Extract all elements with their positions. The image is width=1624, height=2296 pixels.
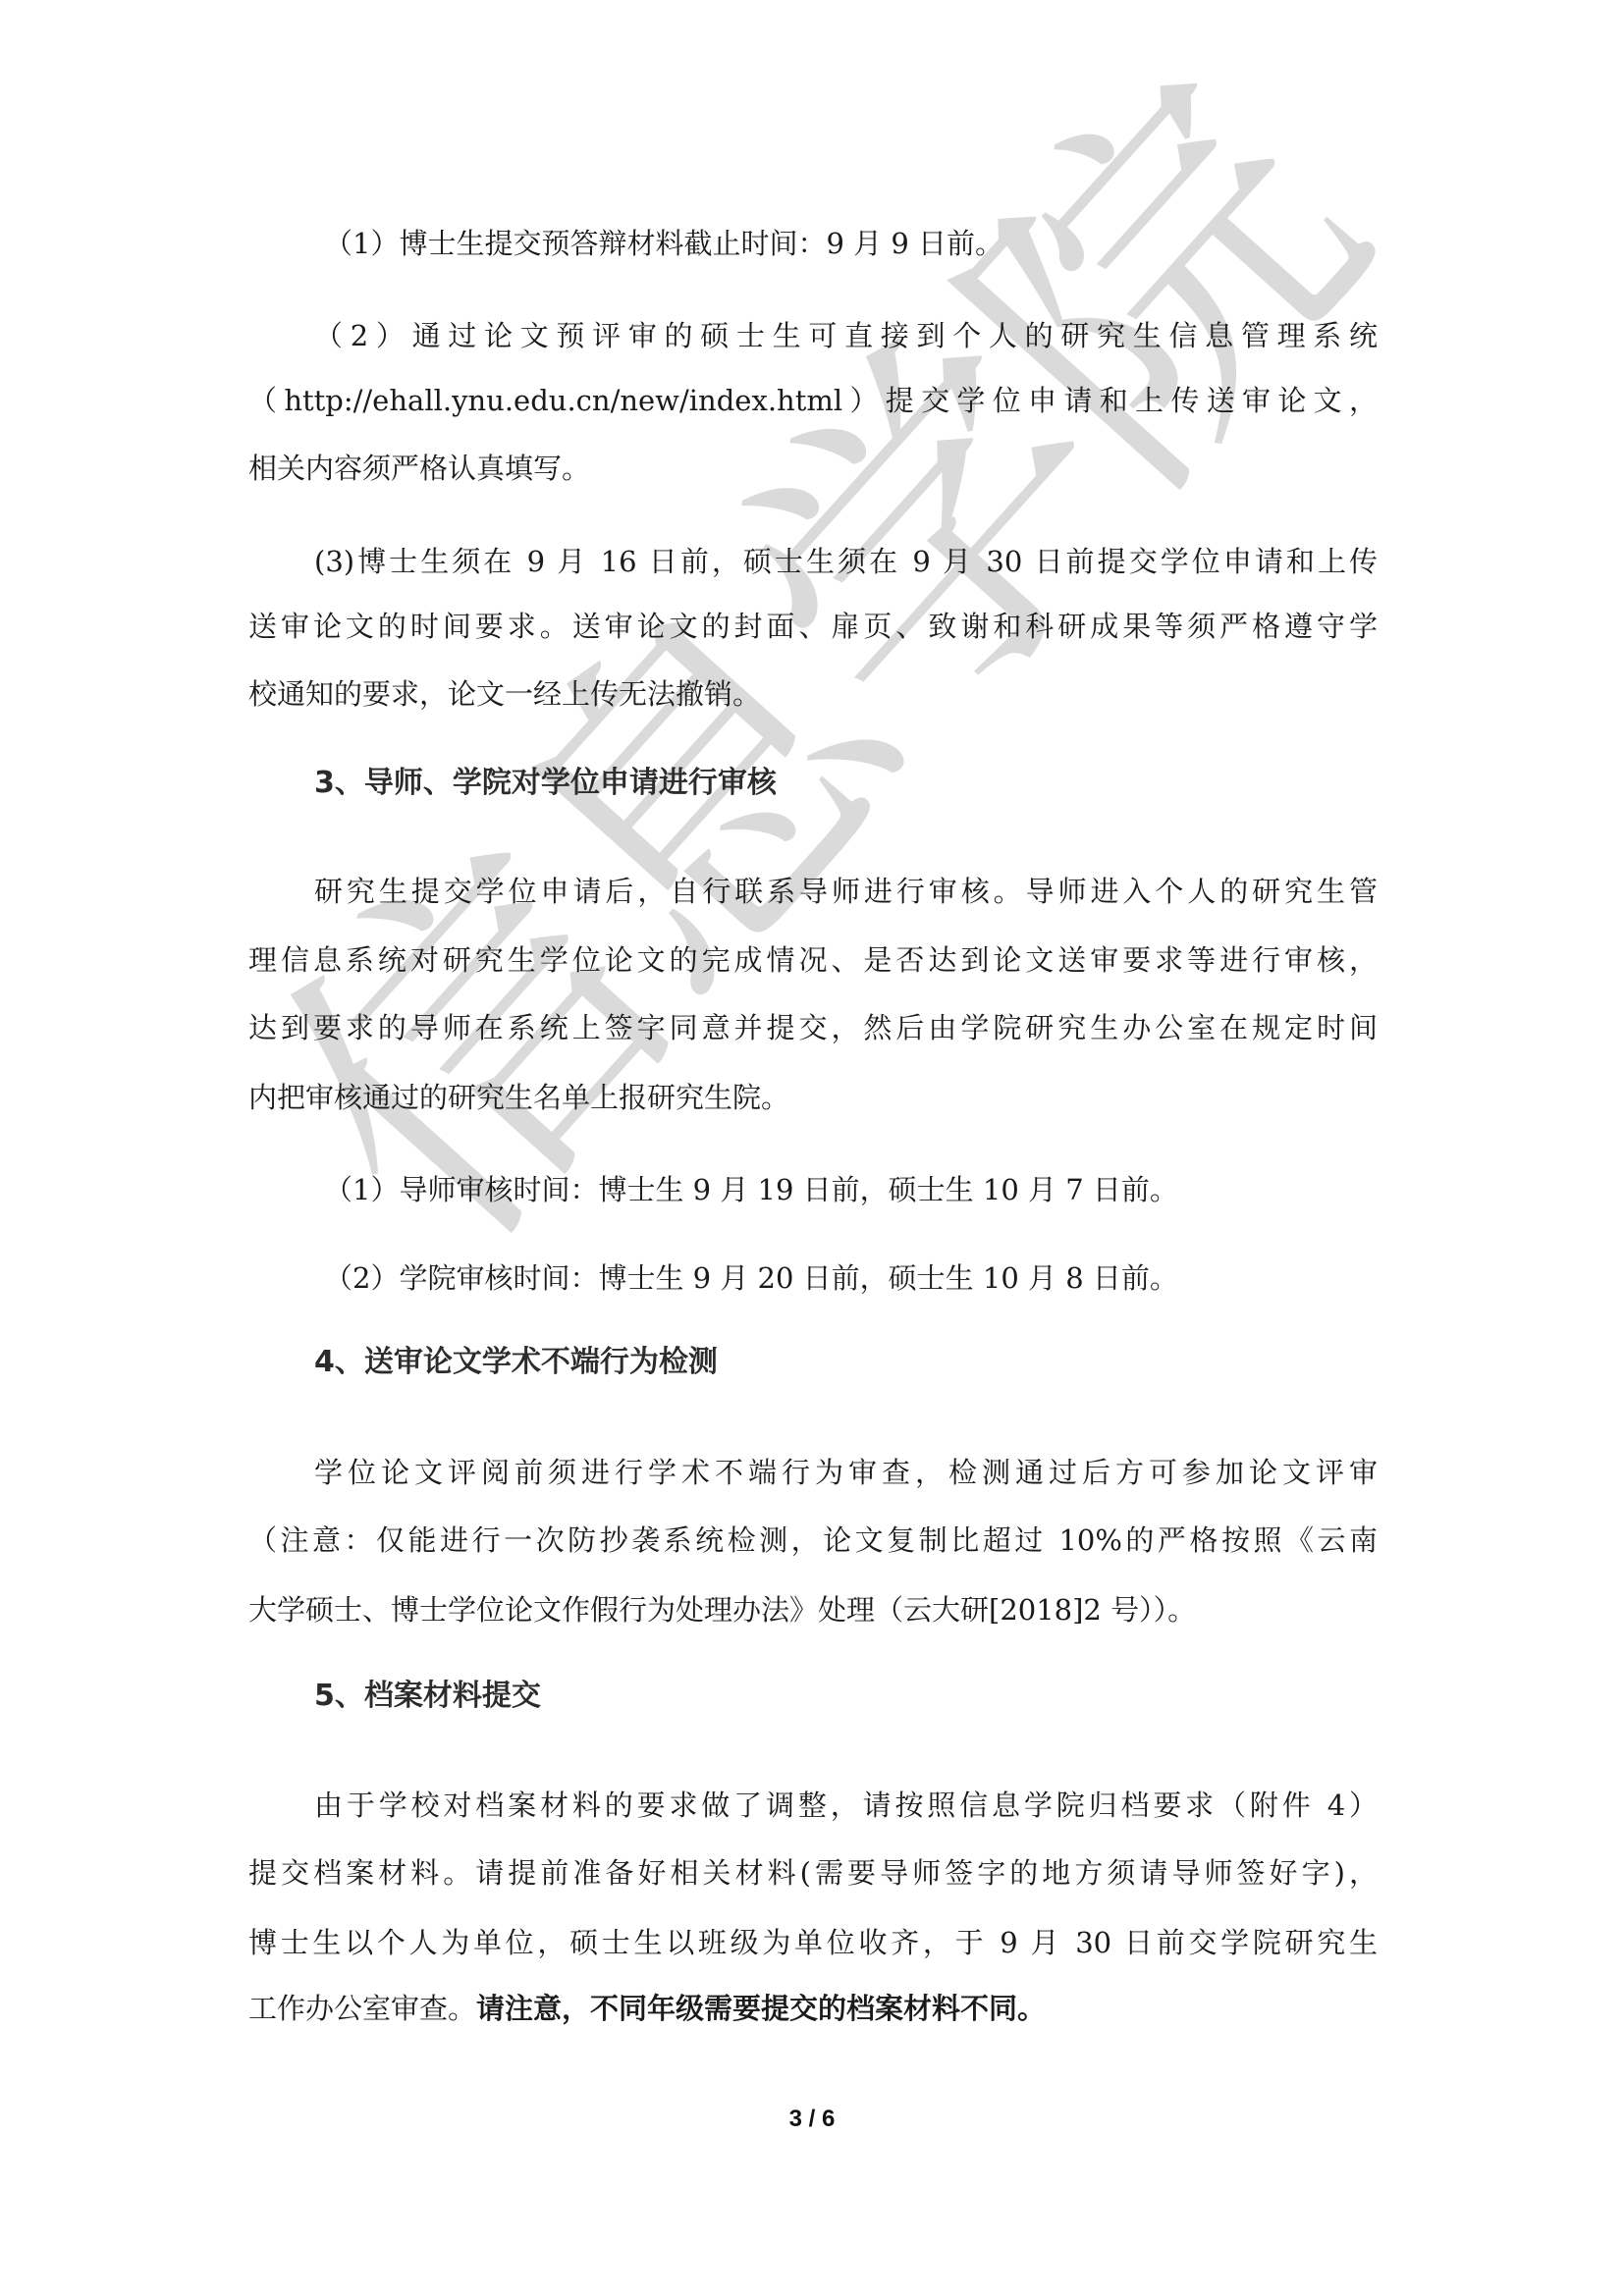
paragraph-line: 大学硕士、博士学位论文作假行为处理办法》处理（云大研[2018]2 号））。 bbox=[248, 1590, 1378, 1629]
paragraph-line: （2）通过论文预评审的硕士生可直接到个人的研究生信息管理系统 bbox=[314, 316, 1378, 355]
section-heading-4: 4、送审论文学术不端行为检测 bbox=[314, 1343, 718, 1382]
paragraph-line: (3)博士生须在 9 月 16 日前，硕士生须在 9 月 30 日前提交学位申请… bbox=[314, 542, 1378, 581]
paragraph-line: 理信息系统对研究生学位论文的完成情况、是否达到论文送审要求等进行审核， bbox=[248, 940, 1378, 980]
paragraph-line: 博士生以个人为单位，硕士生以班级为单位收齐，于 9 月 30 日前交学院研究生 bbox=[248, 1923, 1378, 1962]
paragraph-line: 达到要求的导师在系统上签字同意并提交，然后由学院研究生办公室在规定时间 bbox=[248, 1008, 1378, 1047]
section-heading-3: 3、导师、学院对学位申请进行审核 bbox=[314, 764, 777, 803]
paragraph-line: （注意：仅能进行一次防抄袭系统检测，论文复制比超过 10%的严格按照《云南 bbox=[248, 1521, 1378, 1560]
paragraph-text: 工作办公室审查。 bbox=[248, 1992, 476, 2025]
paragraph-line-url: （http://ehall.ynu.edu.cn/new/index.html）… bbox=[248, 381, 1378, 420]
paragraph-line: 学位论文评阅前须进行学术不端行为审查，检测通过后方可参加论文评审 bbox=[314, 1453, 1378, 1492]
paragraph-line: 内把审核通过的研究生名单上报研究生院。 bbox=[248, 1078, 1378, 1117]
paragraph-line: 由于学校对档案材料的要求做了调整，请按照信息学院归档要求（附件 4） bbox=[314, 1786, 1378, 1825]
item-phd-predefense-deadline: （1）博士生提交预答辩材料截止时间：9 月 9 日前。 bbox=[324, 224, 1003, 263]
section-heading-5: 5、档案材料提交 bbox=[314, 1677, 541, 1716]
paragraph-line: 校通知的要求，论文一经上传无法撤销。 bbox=[248, 674, 1378, 714]
page-number: 3 / 6 bbox=[0, 2106, 1624, 2133]
paragraph-line: 相关内容须严格认真填写。 bbox=[248, 449, 1378, 488]
bold-notice: 请注意，不同年级需要提交的档案材料不同。 bbox=[476, 1992, 1046, 2025]
watermark-text: 信息学院 bbox=[206, 0, 1498, 1316]
paragraph-line: 送审论文的时间要求。送审论文的封面、扉页、致谢和科研成果等须严格遵守学 bbox=[248, 607, 1378, 646]
paragraph-line: 工作办公室审查。请注意，不同年级需要提交的档案材料不同。 bbox=[248, 1989, 1378, 2028]
document-page: 信息学院 （1）博士生提交预答辩材料截止时间：9 月 9 日前。 （2）通过论文… bbox=[0, 0, 1624, 2296]
item-advisor-review-deadline: （1）导师审核时间：博士生 9 月 19 日前，硕士生 10 月 7 日前。 bbox=[324, 1170, 1178, 1209]
paragraph-line: 研究生提交学位申请后，自行联系导师进行审核。导师进入个人的研究生管 bbox=[314, 872, 1378, 911]
item-college-review-deadline: （2）学院审核时间：博士生 9 月 20 日前，硕士生 10 月 8 日前。 bbox=[324, 1258, 1178, 1298]
paragraph-line: 提交档案材料。请提前准备好相关材料(需要导师签字的地方须请导师签好字)， bbox=[248, 1853, 1378, 1893]
